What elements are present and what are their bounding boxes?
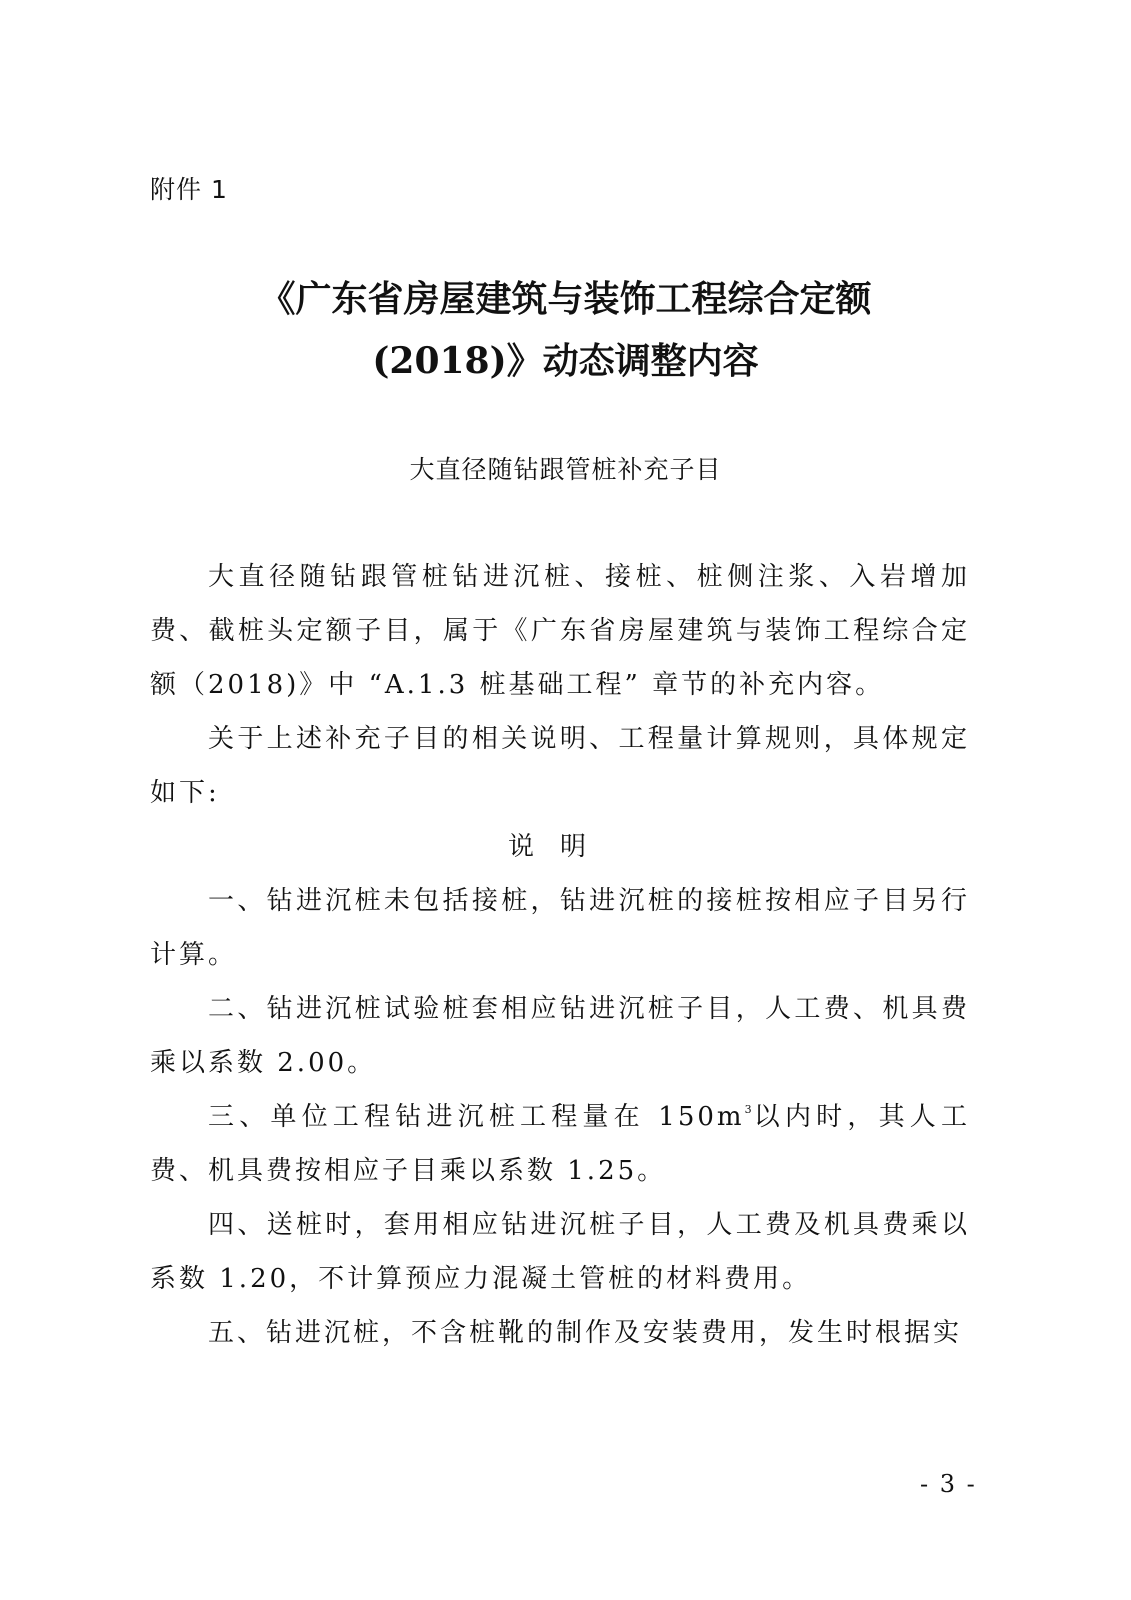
item-4: 四、送桩时，套用相应钻进沉桩子目，人工费及机具费乘以系数 1.20，不计算预应力… — [150, 1198, 970, 1306]
item-3-superscript: 3 — [745, 1103, 752, 1116]
title-line-2: (2018)》动态调整内容 — [0, 330, 1131, 392]
document-subtitle: 大直径随钻跟管桩补充子目 — [0, 450, 1131, 486]
intro-paragraph-2: 关于上述补充子目的相关说明、工程量计算规则，具体规定如下: — [150, 712, 970, 820]
document-body: 大直径随钻跟管桩钻进沉桩、接桩、桩侧注浆、入岩增加费、截桩头定额子目，属于《广东… — [150, 550, 970, 1360]
document-page: 附件 1 《广东省房屋建筑与装饰工程综合定额 (2018)》动态调整内容 大直径… — [0, 0, 1131, 1600]
section-heading-text: 说明 — [508, 832, 612, 862]
item-5: 五、钻进沉桩，不含桩靴的制作及安装费用，发生时根据实 — [150, 1306, 970, 1360]
attachment-label: 附件 1 — [150, 170, 228, 206]
section-heading: 说明 — [150, 820, 970, 874]
page-number: - 3 - — [920, 1470, 977, 1498]
title-line-1: 《广东省房屋建筑与装饰工程综合定额 — [0, 268, 1131, 330]
item-3: 三、单位工程钻进沉桩工程量在 150m3以内时，其人工费、机具费按相应子目乘以系… — [150, 1090, 970, 1198]
item-1: 一、钻进沉桩未包括接桩，钻进沉桩的接桩按相应子目另行计算。 — [150, 874, 970, 982]
intro-paragraph-1: 大直径随钻跟管桩钻进沉桩、接桩、桩侧注浆、入岩增加费、截桩头定额子目，属于《广东… — [150, 550, 970, 712]
item-3-before: 三、单位工程钻进沉桩工程量在 150m — [208, 1102, 745, 1132]
item-2: 二、钻进沉桩试验桩套相应钻进沉桩子目，人工费、机具费乘以系数 2.00。 — [150, 982, 970, 1090]
document-title: 《广东省房屋建筑与装饰工程综合定额 (2018)》动态调整内容 — [0, 268, 1131, 392]
